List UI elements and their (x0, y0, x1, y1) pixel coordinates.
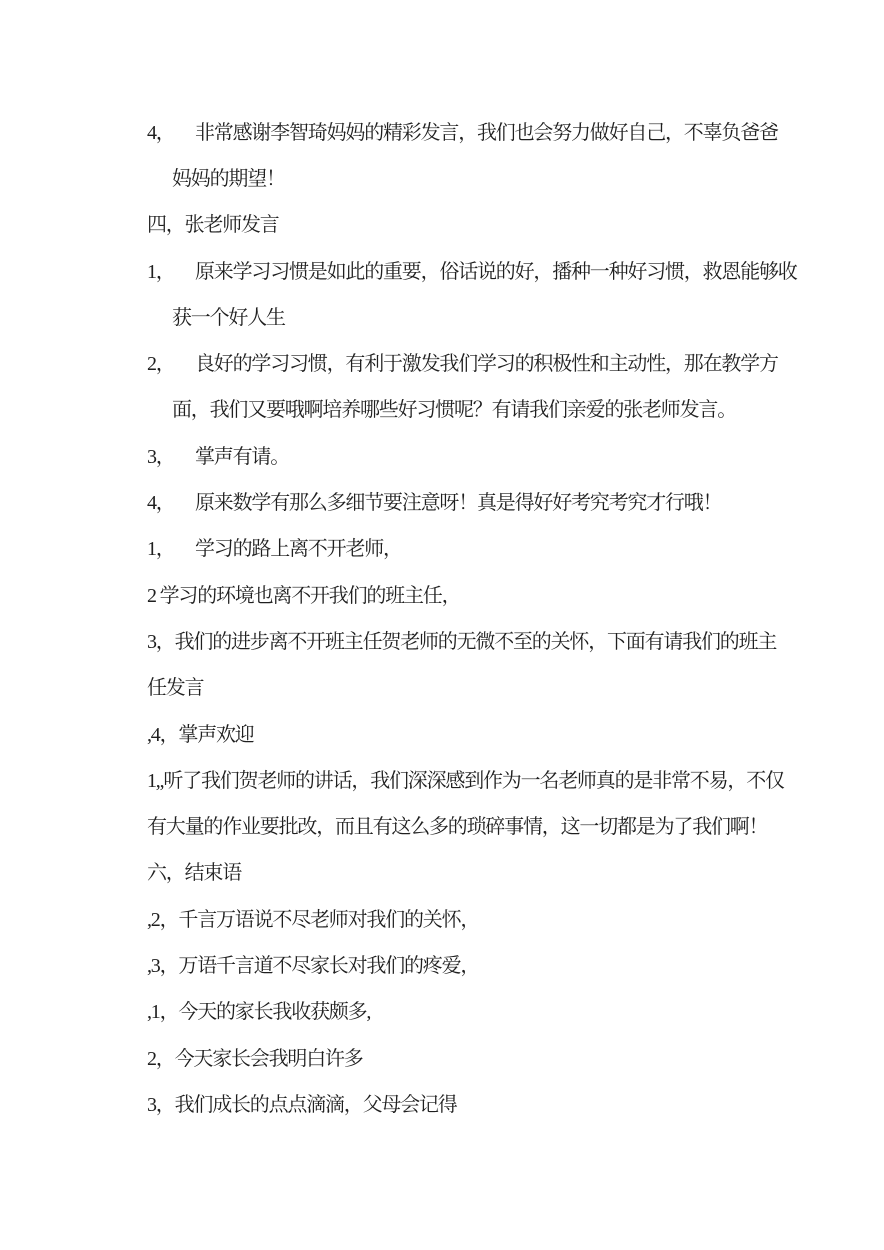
list-number: 1， (147, 532, 195, 561)
line-text: 掌声有请。 (195, 440, 289, 469)
text-line: ,2，千言万语说不尽老师对我们的关怀， (147, 894, 884, 940)
text-line: 四，张老师发言 (147, 200, 884, 246)
line-text: 面，我们又要哦啊培养哪些好习惯呢？有请我们亲爱的张老师发言。 (172, 393, 736, 422)
text-line: 1，学习的路上离不开老师， (147, 524, 884, 570)
text-line: 2，今天家长会我明白许多 (147, 1033, 884, 1079)
text-body: 4，非常感谢李智琦妈妈的精彩发言，我们也会努力做好自己，不辜负爸爸妈妈的期望！四… (0, 107, 884, 1126)
list-number: 2， (147, 347, 195, 376)
text-line: 面，我们又要哦啊培养哪些好习惯呢？有请我们亲爱的张老师发言。 (172, 385, 884, 431)
line-text: 3，我们成长的点点滴滴，父母会记得 (147, 1088, 457, 1117)
text-line: ,3，万语千言道不尽家长对我们的疼爱， (147, 940, 884, 986)
text-line: 任发言 (147, 663, 884, 709)
text-line: ,4，掌声欢迎 (147, 709, 884, 755)
text-line: 有大量的作业要批改，而且有这么多的琐碎事情，这一切都是为了我们啊！ (147, 801, 884, 847)
text-line: 3，掌声有请。 (147, 431, 884, 477)
text-line: 4，原来数学有那么多细节要注意呀！真是得好好考究考究才行哦！ (147, 477, 884, 523)
text-line: 4，非常感谢李智琦妈妈的精彩发言，我们也会努力做好自己，不辜负爸爸 (147, 107, 884, 153)
line-text: 原来数学有那么多细节要注意呀！真是得好好考究考究才行哦！ (195, 486, 721, 515)
line-text: 有大量的作业要批改，而且有这么多的琐碎事情，这一切都是为了我们啊！ (147, 810, 767, 839)
text-line: 妈妈的期望！ (172, 153, 884, 199)
text-line: 3，我们成长的点点滴滴，父母会记得 (147, 1079, 884, 1125)
line-text: 2，今天家长会我明白许多 (147, 1042, 363, 1071)
line-text: ,2，千言万语说不尽老师对我们的关怀， (147, 903, 479, 932)
line-text: ,1，今天的家长我收获颇多, (147, 995, 370, 1024)
line-text: 四，张老师发言 (147, 208, 279, 237)
text-line: 1，原来学习习惯是如此的重要，俗话说的好，播种一种好习惯，救恩能够收 (147, 246, 884, 292)
line-text: 3，我们的进步离不开班主任贺老师的无微不至的关怀，下面有请我们的班主 (147, 625, 776, 654)
line-text: 六，结束语 (147, 856, 241, 885)
line-text: ,4，掌声欢迎 (147, 718, 254, 747)
text-line: ,1，今天的家长我收获颇多, (147, 987, 884, 1033)
text-line: 2，良好的学习习惯，有利于激发我们学习的积极性和主动性，那在教学方 (147, 338, 884, 384)
list-number: 3， (147, 440, 195, 469)
line-text: 1,,听了我们贺老师的讲话，我们深深感到作为一名老师真的是非常不易，不仅 (147, 764, 784, 793)
text-line: 2 学习的环境也离不开我们的班主任， (147, 570, 884, 616)
text-line: 1,,听了我们贺老师的讲话，我们深深感到作为一名老师真的是非常不易，不仅 (147, 755, 884, 801)
text-line: 六，结束语 (147, 848, 884, 894)
line-text: 良好的学习习惯，有利于激发我们学习的积极性和主动性，那在教学方 (195, 347, 778, 376)
line-text: 任发言 (147, 671, 203, 700)
line-text: ,3，万语千言道不尽家长对我们的疼爱， (147, 949, 479, 978)
line-text: 获一个好人生 (172, 301, 285, 330)
line-text: 非常感谢李智琦妈妈的精彩发言，我们也会努力做好自己，不辜负爸爸 (195, 116, 778, 145)
list-number: 1， (147, 255, 195, 284)
list-number: 4， (147, 116, 195, 145)
list-number: 4， (147, 486, 195, 515)
line-text: 2 学习的环境也离不开我们的班主任， (147, 579, 460, 608)
line-text: 原来学习习惯是如此的重要，俗话说的好，播种一种好习惯，救恩能够收 (195, 255, 797, 284)
text-line: 获一个好人生 (172, 292, 884, 338)
line-text: 学习的路上离不开老师， (195, 532, 402, 561)
text-line: 3，我们的进步离不开班主任贺老师的无微不至的关怀，下面有请我们的班主 (147, 616, 884, 662)
line-text: 妈妈的期望！ (172, 162, 285, 191)
